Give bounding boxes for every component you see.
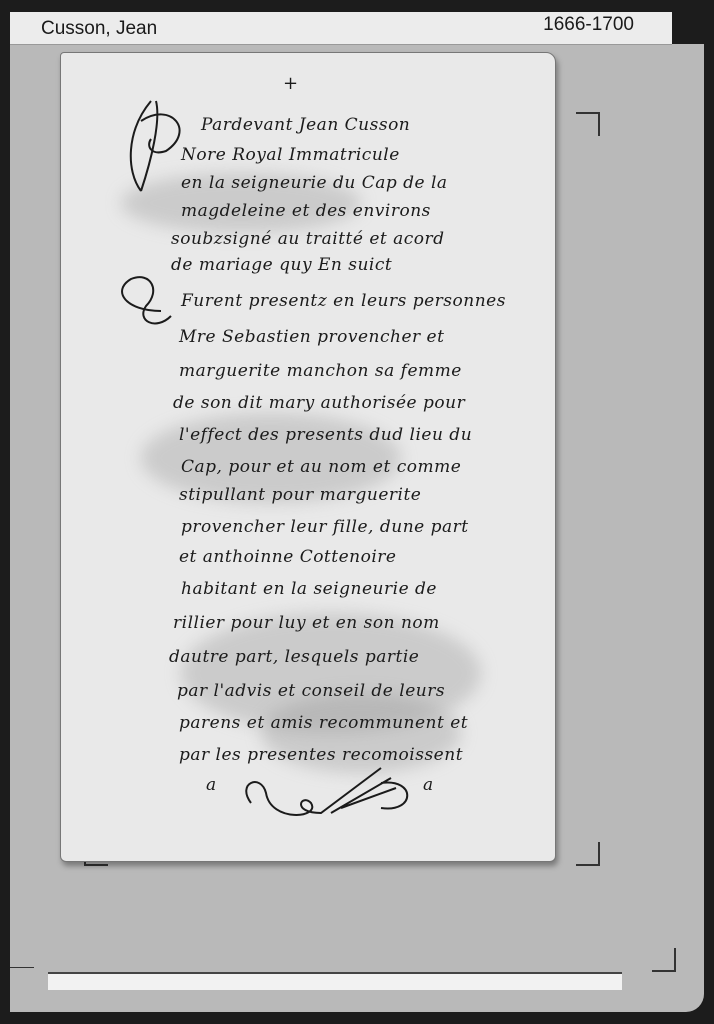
header-label-strip: Cusson, Jean 1666-1700: [10, 12, 672, 45]
ms-line-16: habitant en la seigneurie de: [181, 579, 437, 599]
signature-mark-left: a: [206, 775, 217, 795]
manuscript-text: Pardevant Jean Cusson Nore Royal Immatri…: [61, 53, 555, 861]
ms-line-15: et anthoinne Cottenoire: [179, 547, 396, 567]
ms-line-7: Furent presentz en leurs personnes: [181, 291, 506, 311]
corner-mark-top-right: [576, 112, 600, 136]
notary-signature-flourish: [231, 758, 431, 838]
ms-line-10: de son dit mary authorisée pour: [173, 393, 465, 413]
ms-line-9: marguerite manchon sa femme: [179, 361, 462, 381]
left-tick-mark: [10, 967, 34, 968]
person-name: Cusson, Jean: [41, 18, 157, 40]
ms-line-8: Mre Sebastien provencher et: [179, 327, 444, 347]
corner-mark-bottom-right: [652, 948, 676, 972]
ms-line-4: magdeleine et des environs: [181, 201, 431, 221]
ms-line-20: parens et amis recommunent et: [179, 713, 468, 733]
ms-line-5: soubzsigné au traitté et acord: [171, 229, 445, 249]
ms-line-17: rillier pour luy et en son nom: [173, 613, 440, 633]
ms-line-18: dautre part, lesquels partie: [169, 647, 419, 667]
ms-line-12: Cap, pour et au nom et comme: [181, 457, 461, 477]
ms-line-19: par l'advis et conseil de leurs: [177, 681, 445, 701]
date-range: 1666-1700: [543, 14, 634, 36]
ms-line-14: provencher leur fille, dune part: [181, 517, 469, 537]
bottom-label-strip: [48, 972, 622, 990]
corner-mark-mid-right: [576, 842, 600, 866]
ms-line-2: Nore Royal Immatricule: [181, 145, 400, 165]
ms-line-3: en la seigneurie du Cap de la: [181, 173, 448, 193]
ms-line-13: stipullant pour marguerite: [179, 485, 421, 505]
ms-line-1: Pardevant Jean Cusson: [201, 115, 410, 135]
ms-line-6: de mariage quy En suict: [171, 255, 392, 275]
manuscript-page: + Pardevant Jean Cusson Nore Royal Immat…: [60, 52, 556, 862]
ms-line-11: l'effect des presents dud lieu du: [179, 425, 472, 445]
